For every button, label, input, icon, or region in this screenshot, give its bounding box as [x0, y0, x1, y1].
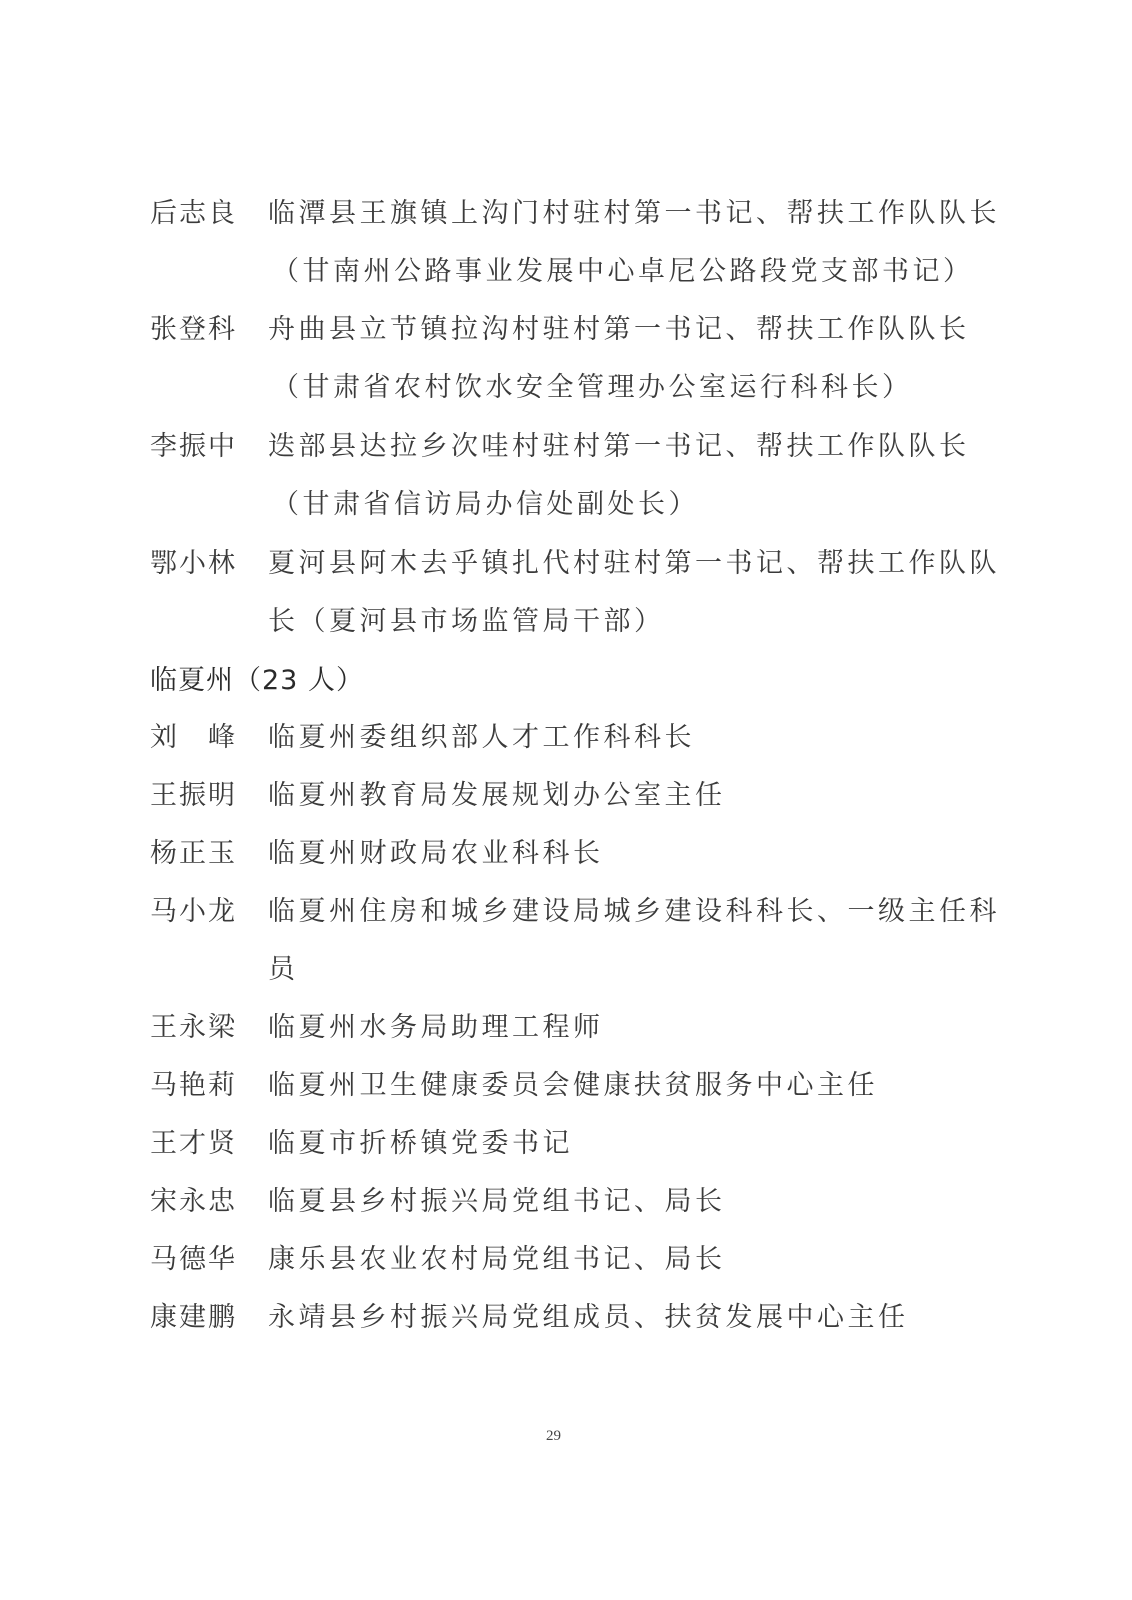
person-name: 刘 峰	[150, 722, 237, 754]
person-name: 王振明	[150, 780, 237, 812]
person-position: 夏河县阿木去乎镇扎代村驻村第一书记、帮扶工作队队	[268, 548, 1000, 580]
person-name: 杨正玉	[150, 838, 237, 870]
person-position: 迭部县达拉乡次哇村驻村第一书记、帮扶工作队队长	[268, 431, 970, 463]
person-position: 临潭县王旗镇上沟门村驻村第一书记、帮扶工作队队长	[268, 198, 1000, 230]
document-page: 后志良 临潭县王旗镇上沟门村驻村第一书记、帮扶工作队队长 （甘南州公路事业发展中…	[0, 0, 1132, 1600]
person-name: 王才贤	[150, 1128, 237, 1160]
person-position-continued: （甘南州公路事业发展中心卓尼公路段党支部书记）	[272, 256, 974, 288]
person-name: 后志良	[150, 198, 237, 230]
person-name: 马德华	[150, 1244, 237, 1276]
person-position: 永靖县乡村振兴局党组成员、扶贫发展中心主任	[268, 1302, 909, 1334]
person-position: 舟曲县立节镇拉沟村驻村第一书记、帮扶工作队队长	[268, 314, 970, 346]
person-position: 临夏州卫生健康委员会健康扶贫服务中心主任	[268, 1070, 878, 1102]
person-position: 临夏市折桥镇党委书记	[268, 1128, 573, 1160]
person-name: 马艳莉	[150, 1070, 237, 1102]
person-position-continued: （甘肃省信访局办信处副处长）	[272, 489, 699, 521]
person-name: 李振中	[150, 431, 237, 463]
person-position: 临夏县乡村振兴局党组书记、局长	[268, 1186, 726, 1218]
person-name: 张登科	[150, 314, 237, 346]
person-position-continued: （甘肃省农村饮水安全管理办公室运行科科长）	[272, 372, 913, 404]
person-position-continued: 长（夏河县市场监管局干部）	[268, 606, 665, 638]
person-position: 临夏州教育局发展规划办公室主任	[268, 780, 726, 812]
person-position: 临夏州住房和城乡建设局城乡建设科科长、一级主任科	[268, 896, 1000, 928]
person-position: 临夏州委组织部人才工作科科长	[268, 722, 695, 754]
person-position: 临夏州水务局助理工程师	[268, 1012, 604, 1044]
person-name: 王永梁	[150, 1012, 237, 1044]
page-number: 29	[546, 1428, 561, 1445]
person-position: 康乐县农业农村局党组书记、局长	[268, 1244, 726, 1276]
person-position: 临夏州财政局农业科科长	[268, 838, 604, 870]
person-name: 康建鹏	[150, 1302, 237, 1334]
section-heading: 临夏州（23 人）	[150, 665, 364, 697]
person-name: 鄂小林	[150, 548, 237, 580]
person-name: 马小龙	[150, 896, 237, 928]
person-position-continued: 员	[268, 954, 299, 986]
person-name: 宋永忠	[150, 1186, 237, 1218]
